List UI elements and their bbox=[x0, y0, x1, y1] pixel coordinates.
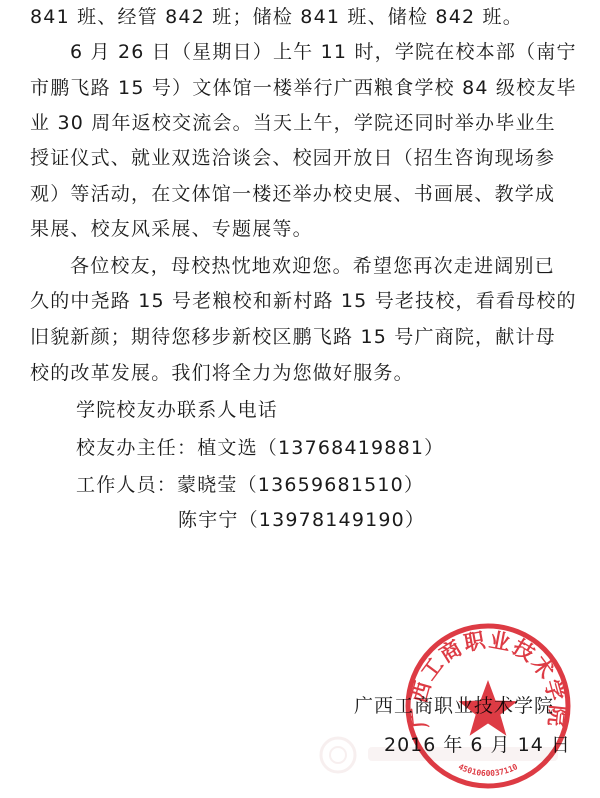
svg-text:4501060037110: 4501060037110 bbox=[457, 762, 519, 778]
paragraph-line: 业 30 周年返校交流会。当天上午，学院还同时举办毕业生 bbox=[30, 111, 556, 135]
paragraph-line: 校的改革发展。我们将全力为您做好服务。 bbox=[30, 361, 414, 385]
stamp-serial: 4501060037110 bbox=[457, 762, 519, 778]
contact-director: 校友办主任：植文选（13768419881） bbox=[76, 436, 444, 460]
paragraph-line: 久的中尧路 15 号老粮校和新村路 15 号老技校，看看母校的 bbox=[30, 289, 577, 313]
contact-staff: 工作人员：蒙晓莹（13659681510） bbox=[76, 473, 424, 497]
paragraph-line: 市鹏飞路 15 号）文体馆一楼举行广西粮食学校 84 级校友毕 bbox=[30, 76, 577, 100]
paragraph-line: 旧貌新颜；期待您移步新校区鹏飞路 15 号广商院，献计母 bbox=[30, 325, 556, 349]
paragraph-line: 授证仪式、就业双选洽谈会、校园开放日（招生咨询现场参 bbox=[30, 146, 555, 170]
official-seal-stamp: 广西工商职业技术学院 4501060037110 bbox=[404, 622, 572, 790]
paragraph-line: 841 班、经管 842 班；储检 841 班、储检 842 班。 bbox=[30, 5, 523, 29]
paragraph-line: 6 月 26 日（星期日）上午 11 时，学院在校本部（南宁 bbox=[70, 40, 577, 64]
paragraph-line: 各位校友，母校热忱地欢迎您。希望您再次走进阔别已 bbox=[70, 254, 555, 278]
contact-heading: 学院校友办联系人电话 bbox=[76, 398, 278, 422]
paragraph-line: 观）等活动，在文体馆一楼还举办校史展、书画展、教学成 bbox=[30, 182, 555, 206]
contact-staff: 陈宇宁（13978149190） bbox=[178, 508, 425, 532]
paragraph-line: 果展、校友风采展、专题展等。 bbox=[30, 217, 313, 241]
star-icon bbox=[459, 680, 518, 736]
